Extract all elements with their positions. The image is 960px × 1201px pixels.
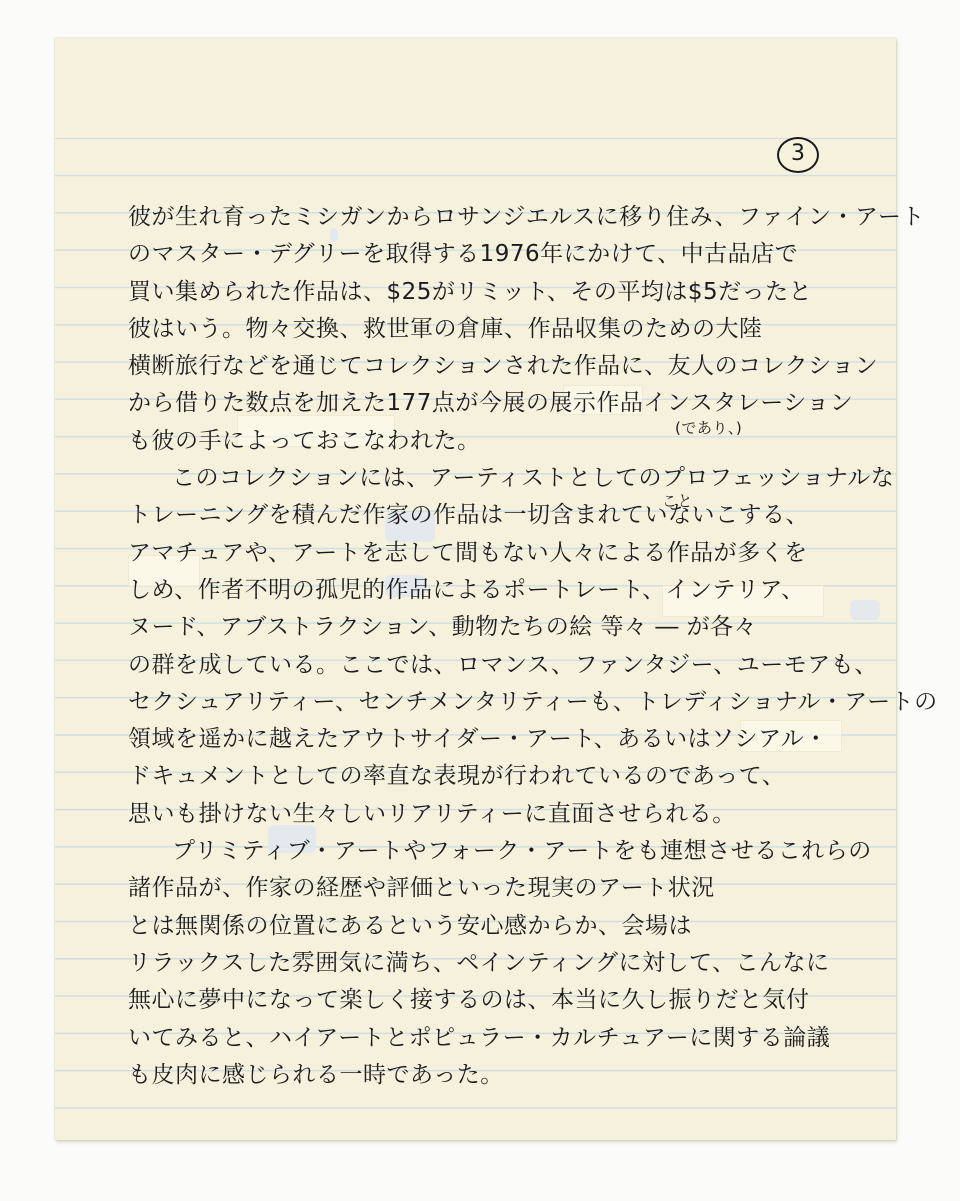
- text-line: しめ、作者不明の孤児的作品によるポートレート、インテリア、: [128, 572, 848, 609]
- text-line: このコレクションには、アーティストとしてのプロフェッショナルな: [128, 460, 848, 497]
- text-line: から借りた数点を加えた177点が今展の展示作品インスタレーション: [128, 390, 853, 416]
- text-line: プリミティブ・アートやフォーク・アートをも連想させるこれらの: [128, 833, 848, 870]
- text-line: のマスター・デグリーを取得する1976年にかけて、中古品店で: [128, 236, 848, 273]
- text-line: 領域を遥かに越えたアウトサイダー・アート、あるいはソシアル・: [128, 721, 848, 758]
- handwritten-text: 彼が生れ育ったミシガンからロサンジエルスに移り住み、ファイン・アート のマスター…: [128, 199, 848, 1094]
- text-line: アマチュアや、アートを志して間もない人々による作品が多くを: [128, 535, 848, 572]
- text-line: トレーニングを積んだ作家の作品は一切含まれていないこする、: [128, 502, 809, 528]
- text-line: の群を成している。ここでは、ロマンス、ファンタジー、ユーモアも、: [128, 647, 848, 684]
- text-line: 無心に夢中になって楽しく接するのは、本当に久し振りだと気付: [128, 982, 848, 1019]
- page-number: 3: [777, 137, 819, 173]
- text-line-with-insertion: から借りた数点を加えた177点が今展の展示作品インスタレーション (であり、): [128, 385, 848, 422]
- text-line: 買い集められた作品は、$25がリミット、その平均は$5だったと: [128, 274, 848, 311]
- text-line: 諸作品が、作家の経歴や評価といった現実のアート状況: [128, 870, 848, 907]
- text-line: とは無関係の位置にあるという安心感からか、会場は: [128, 908, 848, 945]
- text-line: も皮肉に感じられる一時であった。: [128, 1057, 848, 1094]
- text-line: いてみると、ハイアートとポピュラー・カルチュアーに関する論議: [128, 1020, 848, 1057]
- text-line: 彼が生れ育ったミシガンからロサンジエルスに移り住み、ファイン・アート: [128, 199, 848, 236]
- text-line: 彼はいう。物々交換、救世軍の倉庫、作品収集のための大陸: [128, 311, 848, 348]
- text-line: ヌード、アブストラクション、動物たちの絵 等々 ― が各々: [128, 609, 848, 646]
- text-line: リラックスした雰囲気に満ち、ペインティングに対して、こんなに: [128, 945, 848, 982]
- text-line: セクシュアリティー、センチメンタリティーも、トレディショナル・アートの: [128, 684, 848, 721]
- text-line: 思いも掛けない生々しいリアリティーに直面させられる。: [128, 796, 848, 833]
- text-line: 横断旅行などを通じてコレクションされた作品に、友人のコレクション: [128, 348, 848, 385]
- insertion-annotation: こと: [662, 483, 693, 520]
- white-out: [850, 600, 880, 620]
- text-line: も彼の手によっておこなわれた。: [128, 423, 848, 460]
- text-line-with-insertion: トレーニングを積んだ作家の作品は一切含まれていないこする、 こと: [128, 497, 848, 534]
- text-line: ドキュメントとしての率直な表現が行われているのであって、: [128, 758, 848, 795]
